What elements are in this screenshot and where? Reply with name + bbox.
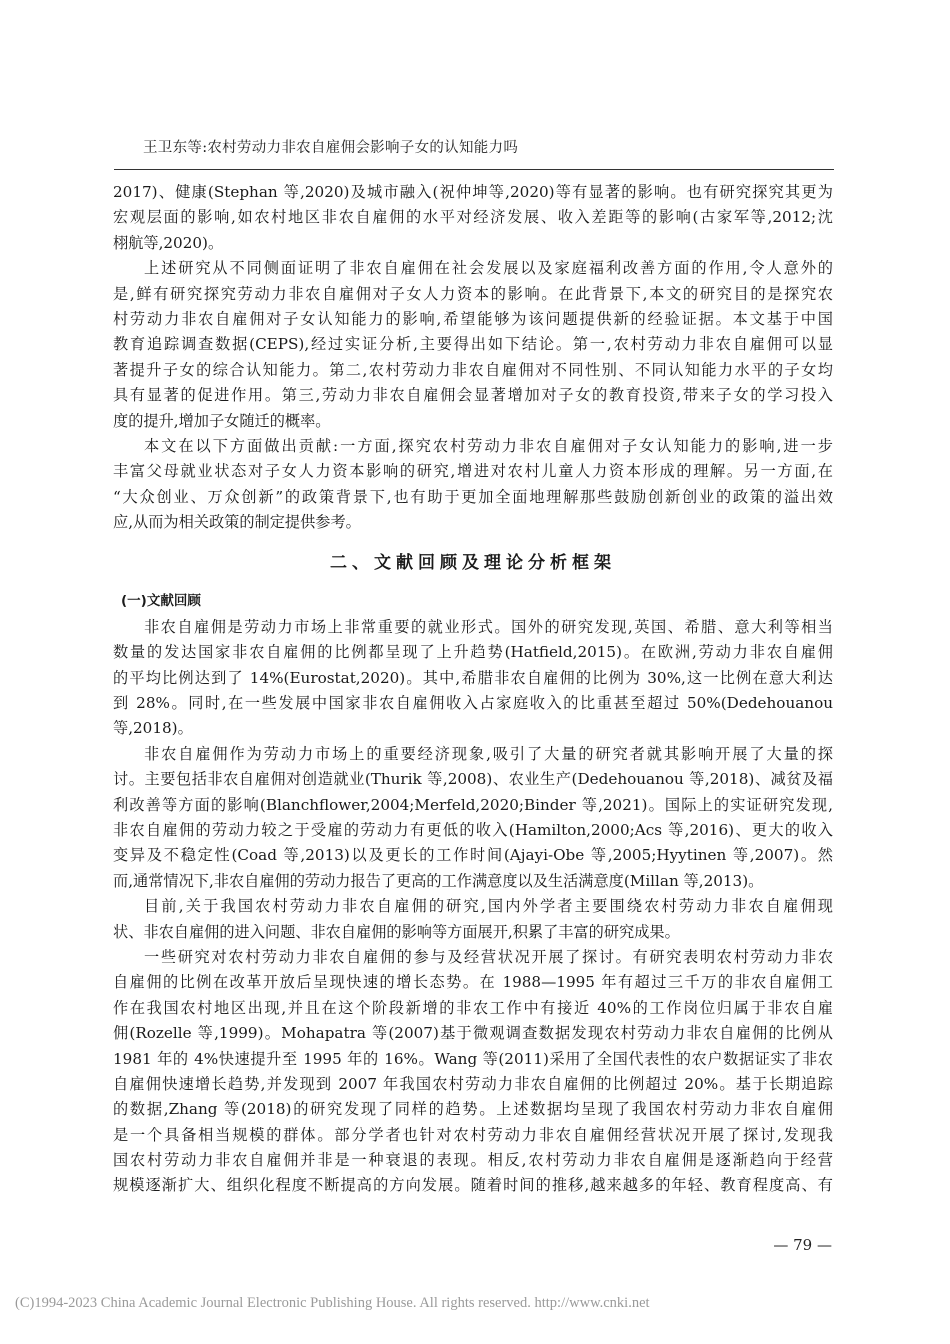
- text-line: 上述研究从不同侧面证明了非农自雇佣在社会发展以及家庭福利改善方面的作用,令人意外…: [113, 256, 833, 281]
- page-number: — 79 —: [773, 1236, 832, 1254]
- text-line: 自雇佣的比例在改革开放后呈现快速的增长态势。在 1988—1995 年有超过三千…: [113, 970, 833, 995]
- text-line: 非农自雇佣的劳动力较之于受雇的劳动力有更低的收入(Hamilton,2000;A…: [113, 818, 833, 843]
- intro-paragraphs: 2017)、健康(Stephan 等,2020)及城市融入(祝仲坤等,2020)…: [113, 180, 833, 535]
- text-line: 著提升子女的综合认知能力。第二,农村劳动力非农自雇佣对不同性别、不同认知能力水平…: [113, 358, 833, 383]
- text-line: 等,2018)。: [113, 716, 833, 741]
- text-line: 利改善等方面的影响(Blanchflower,2004;Merfeld,2020…: [113, 793, 833, 818]
- text-line: 规模逐渐扩大、组织化程度不断提高的方向发展。随着时间的推移,越来越多的年轻、教育…: [113, 1173, 833, 1198]
- text-line: 1981 年的 4%快速提升至 1995 年的 16%。Wang 等(2011)…: [113, 1047, 833, 1072]
- paragraph: 2017)、健康(Stephan 等,2020)及城市融入(祝仲坤等,2020)…: [113, 180, 833, 256]
- subsection-heading: (一)文献回顾: [113, 589, 833, 614]
- article-body: 2017)、健康(Stephan 等,2020)及城市融入(祝仲坤等,2020)…: [113, 180, 833, 1199]
- text-line: 状、非农自雇佣的进入问题、非农自雇佣的影响等方面展开,积累了丰富的研究成果。: [113, 920, 833, 945]
- text-line: 一些研究对农村劳动力非农自雇佣的参与及经营状况开展了探讨。有研究表明农村劳动力非…: [113, 945, 833, 970]
- text-line: 非农自雇佣作为劳动力市场上的重要经济现象,吸引了大量的研究者就其影响开展了大量的…: [113, 742, 833, 767]
- text-line: 栩航等,2020)。: [113, 231, 833, 256]
- text-line: 的平均比例达到了 14%(Eurostat,2020)。其中,希腊非农自雇佣的比…: [113, 666, 833, 691]
- text-line: 国农村劳动力非农自雇佣并非是一种衰退的表现。相反,农村劳动力非农自雇佣是逐渐趋向…: [113, 1148, 833, 1173]
- header-rule-divider: [114, 169, 834, 170]
- text-line: 应,从而为相关政策的制定提供参考。: [113, 510, 833, 535]
- text-line: 而,通常情况下,非农自雇佣的劳动力报告了更高的工作满意度以及生活满意度(Mill…: [113, 869, 833, 894]
- text-line: 是,鲜有研究探究劳动力非农自雇佣对子女人力资本的影响。在此背景下,本文的研究目的…: [113, 282, 833, 307]
- text-line: 作在我国农村地区出现,并且在这个阶段新增的非农工作中有接近 40%的工作岗位归属…: [113, 996, 833, 1021]
- text-line: 目前,关于我国农村劳动力非农自雇佣的研究,国内外学者主要围绕农村劳动力非农自雇佣…: [113, 894, 833, 919]
- text-line: 具有显著的促进作用。第三,劳动力非农自雇佣会显著增加对子女的教育投资,带来子女的…: [113, 383, 833, 408]
- paragraph: 一些研究对农村劳动力非农自雇佣的参与及经营状况开展了探讨。有研究表明农村劳动力非…: [113, 945, 833, 1199]
- text-line: 教育追踪调查数据(CEPS),经过实证分析,主要得出如下结论。第一,农村劳动力非…: [113, 332, 833, 357]
- copyright-footer: (C)1994-2023 China Academic Journal Elec…: [15, 1295, 650, 1312]
- text-line: 2017)、健康(Stephan 等,2020)及城市融入(祝仲坤等,2020)…: [113, 180, 833, 205]
- text-line: “大众创业、万众创新”的政策背景下,也有助于更加全面地理解那些鼓励创新创业的政策…: [113, 485, 833, 510]
- running-head: 王卫东等:农村劳动力非农自雇佣会影响子女的认知能力吗: [143, 136, 518, 157]
- paragraph: 非农自雇佣作为劳动力市场上的重要经济现象,吸引了大量的研究者就其影响开展了大量的…: [113, 742, 833, 894]
- text-line: 佣(Rozelle 等,1999)。Mohapatra 等(2007)基于微观调…: [113, 1021, 833, 1046]
- text-line: 村劳动力非农自雇佣对子女认知能力的影响,希望能够为该问题提供新的经验证据。本文基…: [113, 307, 833, 332]
- text-line: 讨。主要包括非农自雇佣对创造就业(Thurik 等,2008)、农业生产(Ded…: [113, 767, 833, 792]
- text-line: 数量的发达国家非农自雇佣的比例都呈现了上升趋势(Hatfield,2015)。在…: [113, 640, 833, 665]
- review-paragraphs: 非农自雇佣是劳动力市场上非常重要的就业形式。国外的研究发现,英国、希腊、意大利等…: [113, 615, 833, 1199]
- paragraph: 非农自雇佣是劳动力市场上非常重要的就业形式。国外的研究发现,英国、希腊、意大利等…: [113, 615, 833, 742]
- text-line: 的数据,Zhang 等(2018)的研究发现了同样的趋势。上述数据均呈现了我国农…: [113, 1097, 833, 1122]
- paragraph: 本文在以下方面做出贡献:一方面,探究农村劳动力非农自雇佣对子女认知能力的影响,进…: [113, 434, 833, 536]
- paragraph: 目前,关于我国农村劳动力非农自雇佣的研究,国内外学者主要围绕农村劳动力非农自雇佣…: [113, 894, 833, 945]
- text-line: 是一个具备相当规模的群体。部分学者也针对农村劳动力非农自雇佣经营状况开展了探讨,…: [113, 1123, 833, 1148]
- text-line: 度的提升,增加子女随迁的概率。: [113, 409, 833, 434]
- section-heading: 二、文献回顾及理论分析框架: [113, 537, 833, 589]
- text-line: 非农自雇佣是劳动力市场上非常重要的就业形式。国外的研究发现,英国、希腊、意大利等…: [113, 615, 833, 640]
- text-line: 到 28%。同时,在一些发展中国家非农自雇佣收入占家庭收入的比重甚至超过 50%…: [113, 691, 833, 716]
- text-line: 宏观层面的影响,如农村地区非农自雇佣的水平对经济发展、收入差距等的影响(古家军等…: [113, 205, 833, 230]
- text-line: 变异及不稳定性(Coad 等,2013)以及更长的工作时间(Ajayi-Obe …: [113, 843, 833, 868]
- text-line: 本文在以下方面做出贡献:一方面,探究农村劳动力非农自雇佣对子女认知能力的影响,进…: [113, 434, 833, 459]
- text-line: 丰富父母就业状态对子女人力资本影响的研究,增进对农村儿童人力资本形成的理解。另一…: [113, 459, 833, 484]
- text-line: 自雇佣快速增长趋势,并发现到 2007 年我国农村劳动力非农自雇佣的比例超过 2…: [113, 1072, 833, 1097]
- paragraph: 上述研究从不同侧面证明了非农自雇佣在社会发展以及家庭福利改善方面的作用,令人意外…: [113, 256, 833, 434]
